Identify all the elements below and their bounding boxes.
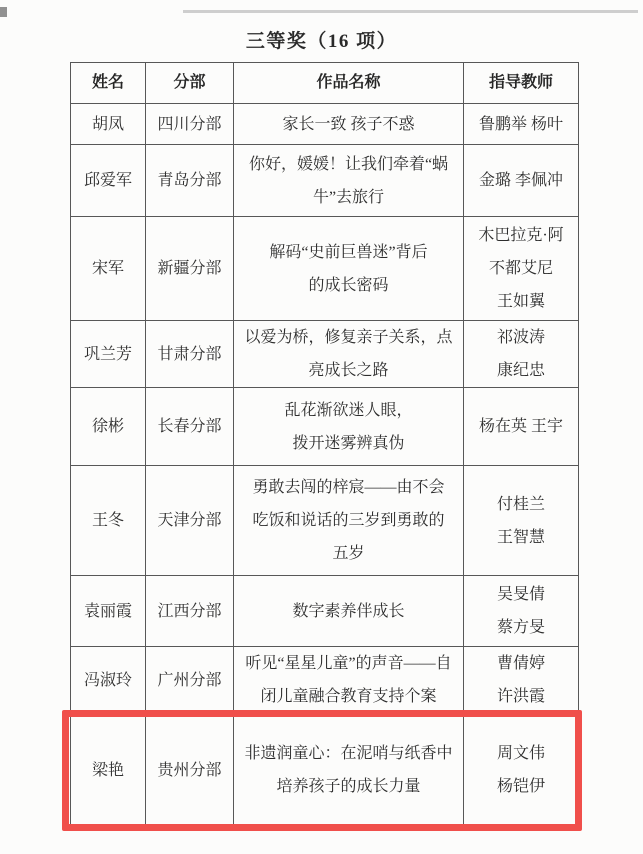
cell-teachers: 杨在英 王宇 (464, 388, 579, 466)
table-row: 梁艳贵州分部非遗润童心：在泥哨与纸香中 培养孩子的成长力量周文伟 杨铠伊 (71, 714, 579, 827)
table-row: 邱爱军青岛分部你好，媛媛！让我们牵着“蜗 牛”去旅行金璐 李佩冲 (71, 145, 579, 217)
cell-branch: 新疆分部 (146, 217, 234, 321)
column-header: 作品名称 (234, 63, 464, 104)
cell-work-title: 解码“史前巨兽迷”背后 的成长密码 (234, 217, 464, 321)
cell-branch: 广州分部 (146, 647, 234, 714)
cell-work-title: 勇敢去闯的梓宸——由不会 吃饭和说话的三岁到勇敢的 五岁 (234, 466, 464, 576)
cell-teachers: 付桂兰 王智慧 (464, 466, 579, 576)
cell-name: 冯淑玲 (71, 647, 146, 714)
cell-name: 徐彬 (71, 388, 146, 466)
header-row: 姓名分部作品名称指导教师 (71, 63, 579, 104)
page-title: 三等奖（16 项） (0, 26, 643, 53)
scan-artifact-smudge (0, 7, 7, 17)
cell-branch: 甘肃分部 (146, 321, 234, 388)
cell-teachers: 金璐 李佩冲 (464, 145, 579, 217)
cell-name: 梁艳 (71, 714, 146, 827)
cell-name: 邱爱军 (71, 145, 146, 217)
scan-artifact-line (183, 10, 638, 13)
cell-teachers: 曹倩婷 许洪霞 (464, 647, 579, 714)
cell-work-title: 数字素养伴成长 (234, 576, 464, 647)
column-header: 指导教师 (464, 63, 579, 104)
cell-name: 王冬 (71, 466, 146, 576)
cell-branch: 四川分部 (146, 104, 234, 145)
cell-name: 袁丽霞 (71, 576, 146, 647)
table-row: 巩兰芳甘肃分部以爱为桥，修复亲子关系，点 亮成长之路祁波涛 康纪忠 (71, 321, 579, 388)
cell-teachers: 祁波涛 康纪忠 (464, 321, 579, 388)
cell-name: 宋军 (71, 217, 146, 321)
table-row: 宋军新疆分部解码“史前巨兽迷”背后 的成长密码木巴拉克·阿 不都艾尼 王如翼 (71, 217, 579, 321)
cell-work-title: 你好，媛媛！让我们牵着“蜗 牛”去旅行 (234, 145, 464, 217)
cell-work-title: 乱花渐欲迷人眼， 拨开迷雾辨真伪 (234, 388, 464, 466)
cell-work-title: 听见“星星儿童”的声音——自 闭儿童融合教育支持个案 (234, 647, 464, 714)
cell-name: 胡凤 (71, 104, 146, 145)
table-row: 徐彬长春分部乱花渐欲迷人眼， 拨开迷雾辨真伪杨在英 王宇 (71, 388, 579, 466)
table-row: 胡凤四川分部家长一致 孩子不惑鲁鹏举 杨叶 (71, 104, 579, 145)
cell-branch: 江西分部 (146, 576, 234, 647)
cell-teachers: 鲁鹏举 杨叶 (464, 104, 579, 145)
cell-work-title: 家长一致 孩子不惑 (234, 104, 464, 145)
awards-table: 姓名分部作品名称指导教师 胡凤四川分部家长一致 孩子不惑鲁鹏举 杨叶邱爱军青岛分… (70, 62, 579, 827)
cell-teachers: 木巴拉克·阿 不都艾尼 王如翼 (464, 217, 579, 321)
column-header: 分部 (146, 63, 234, 104)
cell-work-title: 以爱为桥，修复亲子关系，点 亮成长之路 (234, 321, 464, 388)
table-row: 袁丽霞江西分部数字素养伴成长吴旻倩 蔡方旻 (71, 576, 579, 647)
cell-teachers: 吴旻倩 蔡方旻 (464, 576, 579, 647)
table-row: 王冬天津分部勇敢去闯的梓宸——由不会 吃饭和说话的三岁到勇敢的 五岁付桂兰 王智… (71, 466, 579, 576)
cell-branch: 天津分部 (146, 466, 234, 576)
table-header: 姓名分部作品名称指导教师 (71, 63, 579, 104)
table-row: 冯淑玲广州分部听见“星星儿童”的声音——自 闭儿童融合教育支持个案曹倩婷 许洪霞 (71, 647, 579, 714)
cell-name: 巩兰芳 (71, 321, 146, 388)
cell-teachers: 周文伟 杨铠伊 (464, 714, 579, 827)
cell-branch: 长春分部 (146, 388, 234, 466)
column-header: 姓名 (71, 63, 146, 104)
table-body: 胡凤四川分部家长一致 孩子不惑鲁鹏举 杨叶邱爱军青岛分部你好，媛媛！让我们牵着“… (71, 104, 579, 827)
cell-branch: 青岛分部 (146, 145, 234, 217)
cell-work-title: 非遗润童心：在泥哨与纸香中 培养孩子的成长力量 (234, 714, 464, 827)
cell-branch: 贵州分部 (146, 714, 234, 827)
document-page: 三等奖（16 项） 姓名分部作品名称指导教师 胡凤四川分部家长一致 孩子不惑鲁鹏… (0, 0, 643, 854)
